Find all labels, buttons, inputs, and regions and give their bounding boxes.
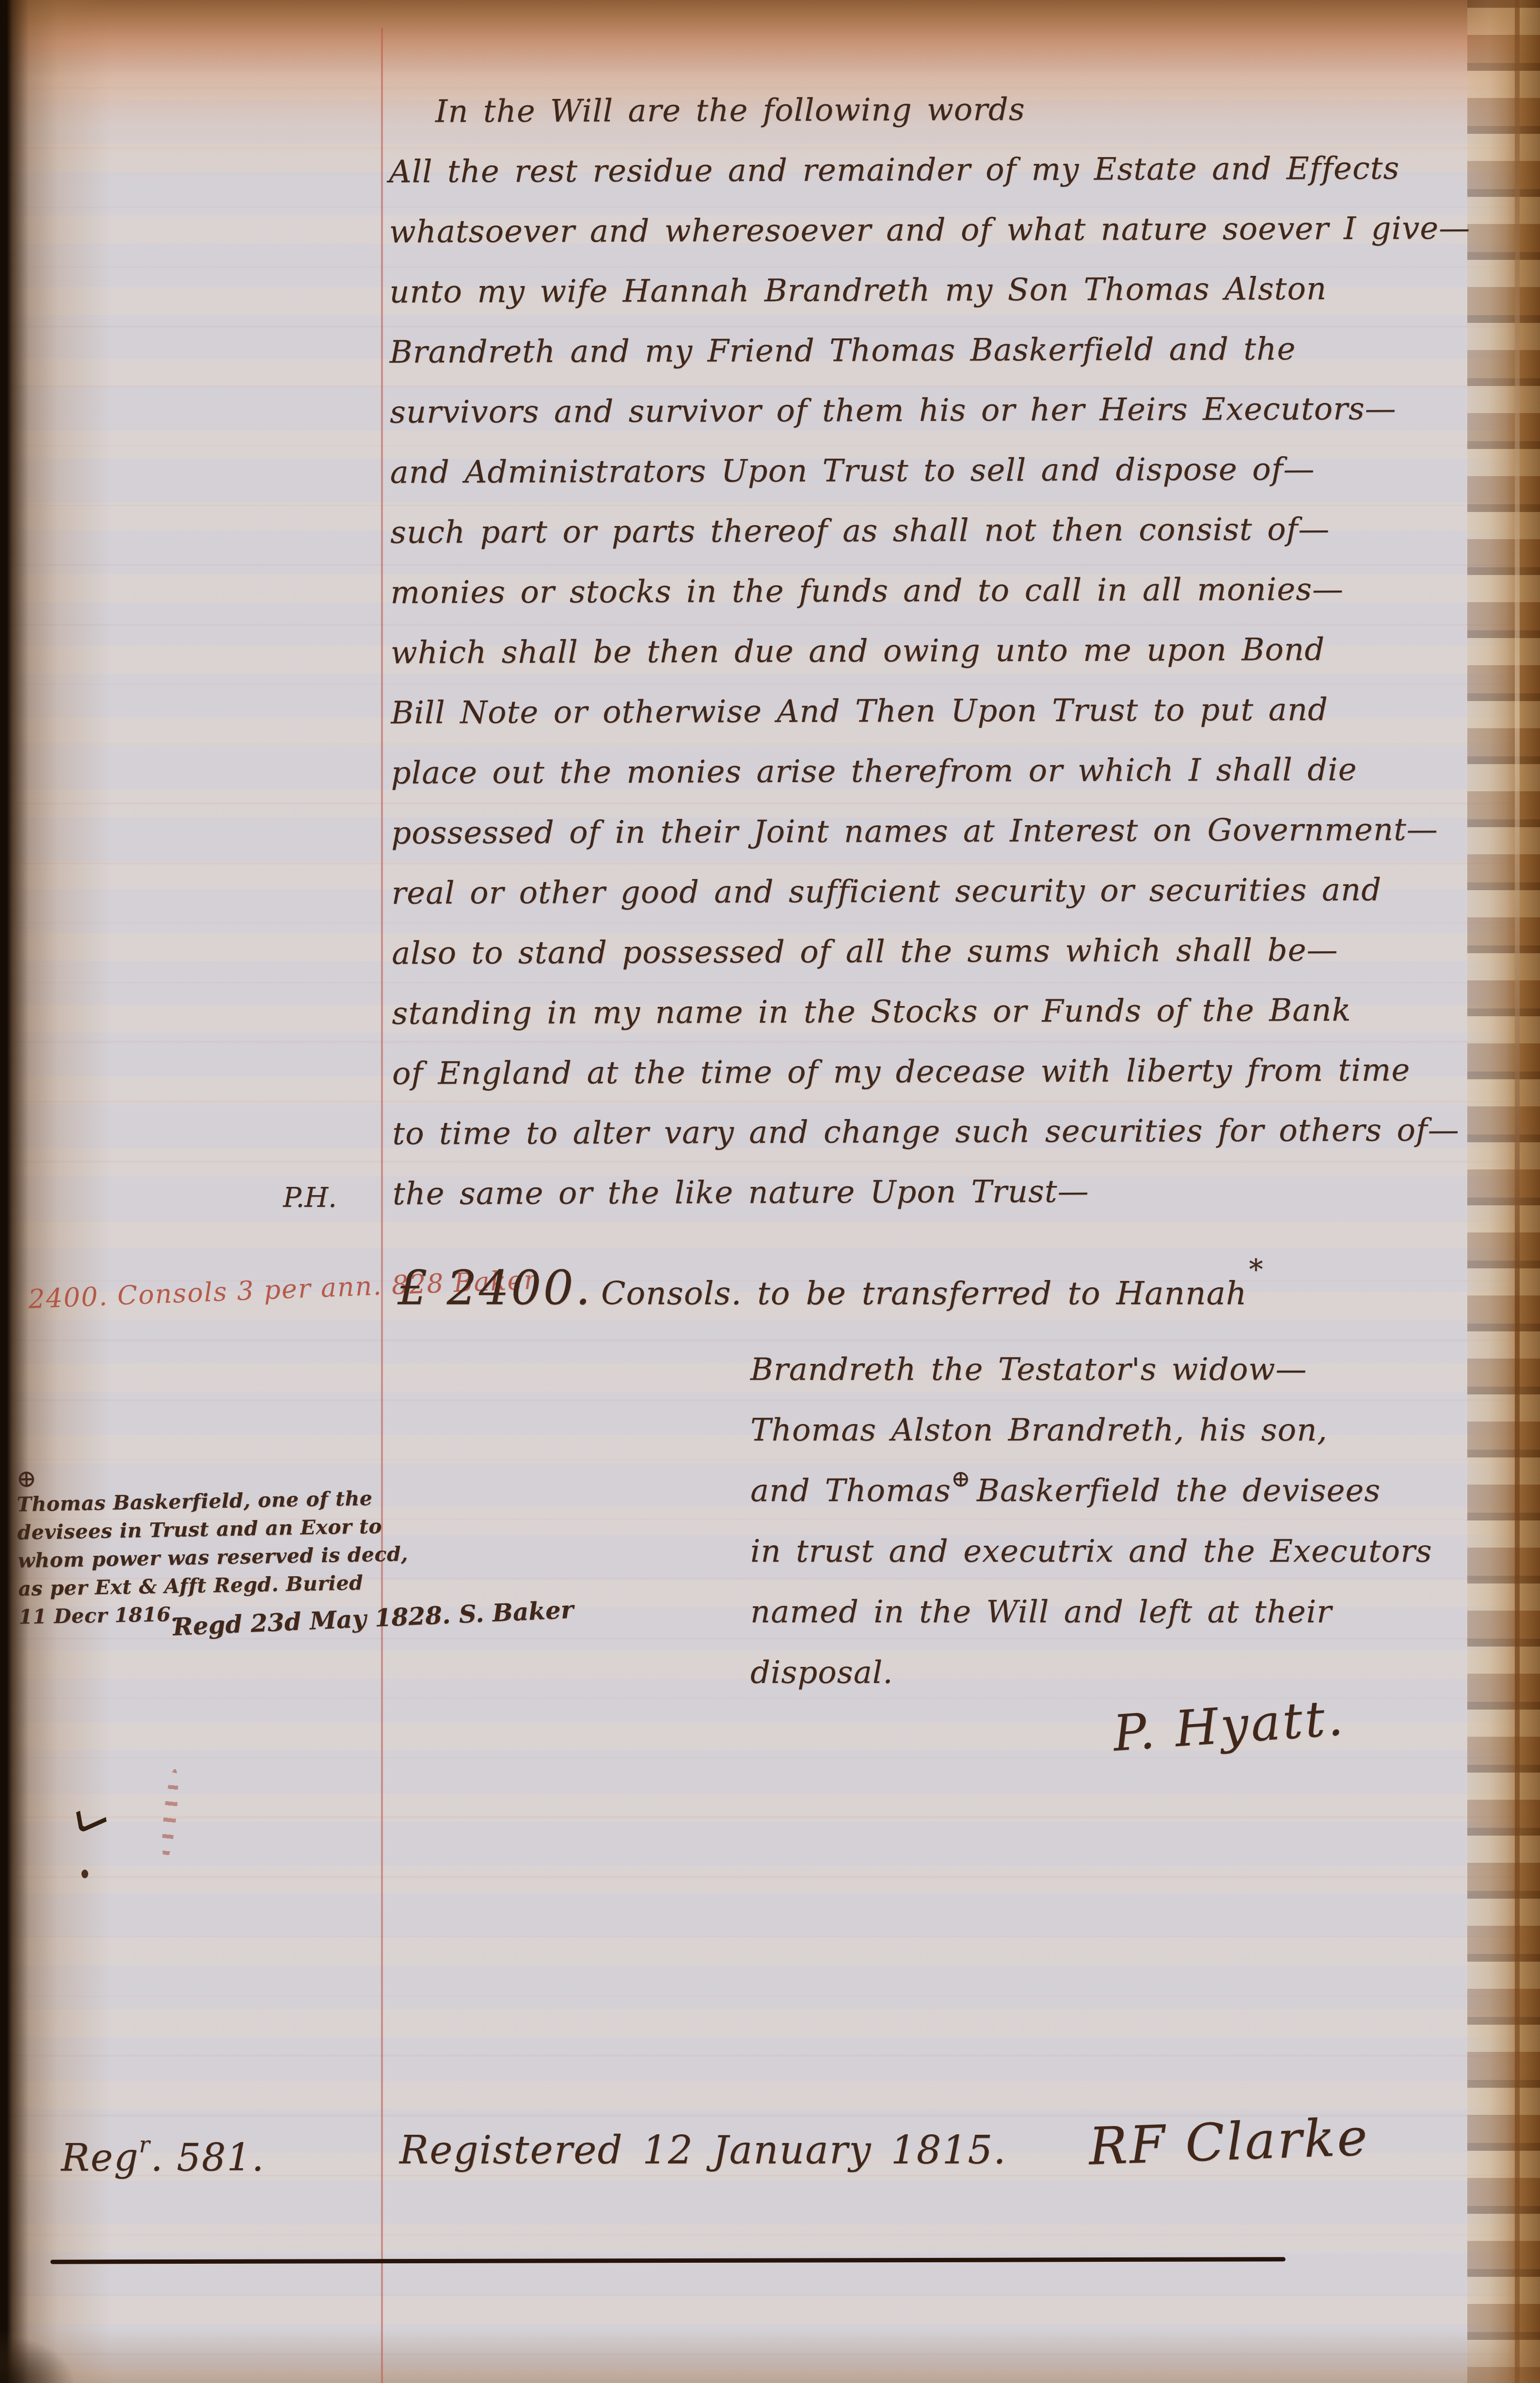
footer-rule-line	[50, 2257, 1286, 2264]
bequest-line: named in the Will and left at their	[750, 1594, 1432, 1655]
will-line: and Administrators Upon Trust to sell an…	[390, 451, 1471, 515]
stray-ink-mark	[76, 1800, 107, 1833]
red-margin-line	[381, 28, 383, 2383]
will-line: Bill Note or otherwise And Then Upon Tru…	[391, 691, 1472, 755]
bequest-amount-line: £ 2400.Consols. to be transferred to Han…	[397, 1261, 1263, 1316]
bequest-amount-line-text: Consols. to be transferred to Hannah	[601, 1275, 1247, 1312]
will-heading: In the Will are the following words	[389, 90, 1470, 154]
register-number: Regr. 581.	[61, 2131, 265, 2180]
will-line: such part or parts thereof as shall not …	[390, 511, 1472, 575]
will-line: to time to alter vary and change such se…	[392, 1112, 1474, 1176]
will-line: Brandreth and my Friend Thomas Baskerfie…	[390, 331, 1471, 395]
register-number-value: . 581.	[151, 2136, 265, 2180]
examiner-initials: P.H.	[283, 1182, 337, 1214]
register-number-prefix: Reg	[61, 2136, 139, 2180]
will-line: All the rest residue and remainder of my…	[389, 150, 1470, 214]
bequest-line-text: and Thomas	[750, 1473, 951, 1509]
bequest-block: Brandreth the Testator's widow— Thomas A…	[750, 1352, 1432, 1715]
cross-reference-mark: ⊕	[951, 1465, 971, 1492]
will-line: the same or the like nature Upon Trust—	[393, 1172, 1474, 1236]
will-line: standing in my name in the Stocks or Fun…	[392, 992, 1473, 1056]
will-line: unto my wife Hannah Brandreth my Son Tho…	[389, 271, 1471, 335]
will-line: survivors and survivor of them his or he…	[390, 391, 1471, 455]
will-line: which shall be then due and owing unto m…	[391, 631, 1472, 695]
bequest-line-text: Baskerfield the devisees	[977, 1473, 1381, 1509]
will-line: place out the monies arise therefrom or …	[391, 752, 1473, 816]
page-fore-edge	[1467, 0, 1540, 2383]
registrar-signature: RF Clarke	[1088, 2107, 1370, 2176]
will-line: possessed of in their Joint names at Int…	[391, 812, 1473, 876]
will-line: of England at the time of my decease wit…	[392, 1052, 1474, 1116]
register-page: In the Will are the following words All …	[0, 0, 1540, 2383]
bequest-line: Brandreth the Testator's widow—	[750, 1352, 1432, 1412]
register-number-superscript: r	[139, 2131, 151, 2158]
bequest-line: in trust and executrix and the Executors	[750, 1534, 1432, 1594]
bequest-line: and Thomas⊕Baskerfield the devisees	[750, 1473, 1432, 1534]
will-line: whatsoever and wheresoever and of what n…	[389, 210, 1471, 274]
red-ink-speckles	[159, 1768, 181, 1861]
book-binding-left-edge	[0, 0, 111, 2383]
will-line: real or other good and sufficient securi…	[392, 872, 1473, 936]
page-fore-edge-seam	[1515, 0, 1520, 2383]
will-transcription-block: In the Will are the following words All …	[389, 90, 1474, 1236]
bequest-line: Thomas Alston Brandreth, his son,	[750, 1412, 1432, 1473]
asterisk-mark: *	[1249, 1253, 1263, 1286]
registered-date: Registered 12 January 1815.	[399, 2127, 1007, 2173]
will-line: monies or stocks in the funds and to cal…	[390, 571, 1472, 635]
aged-bottom-edge	[0, 2330, 1540, 2383]
bequest-amount: £ 2400.	[397, 1261, 592, 1316]
stray-ink-dot	[81, 1870, 88, 1878]
will-line: also to stand possessed of all the sums …	[392, 932, 1473, 996]
